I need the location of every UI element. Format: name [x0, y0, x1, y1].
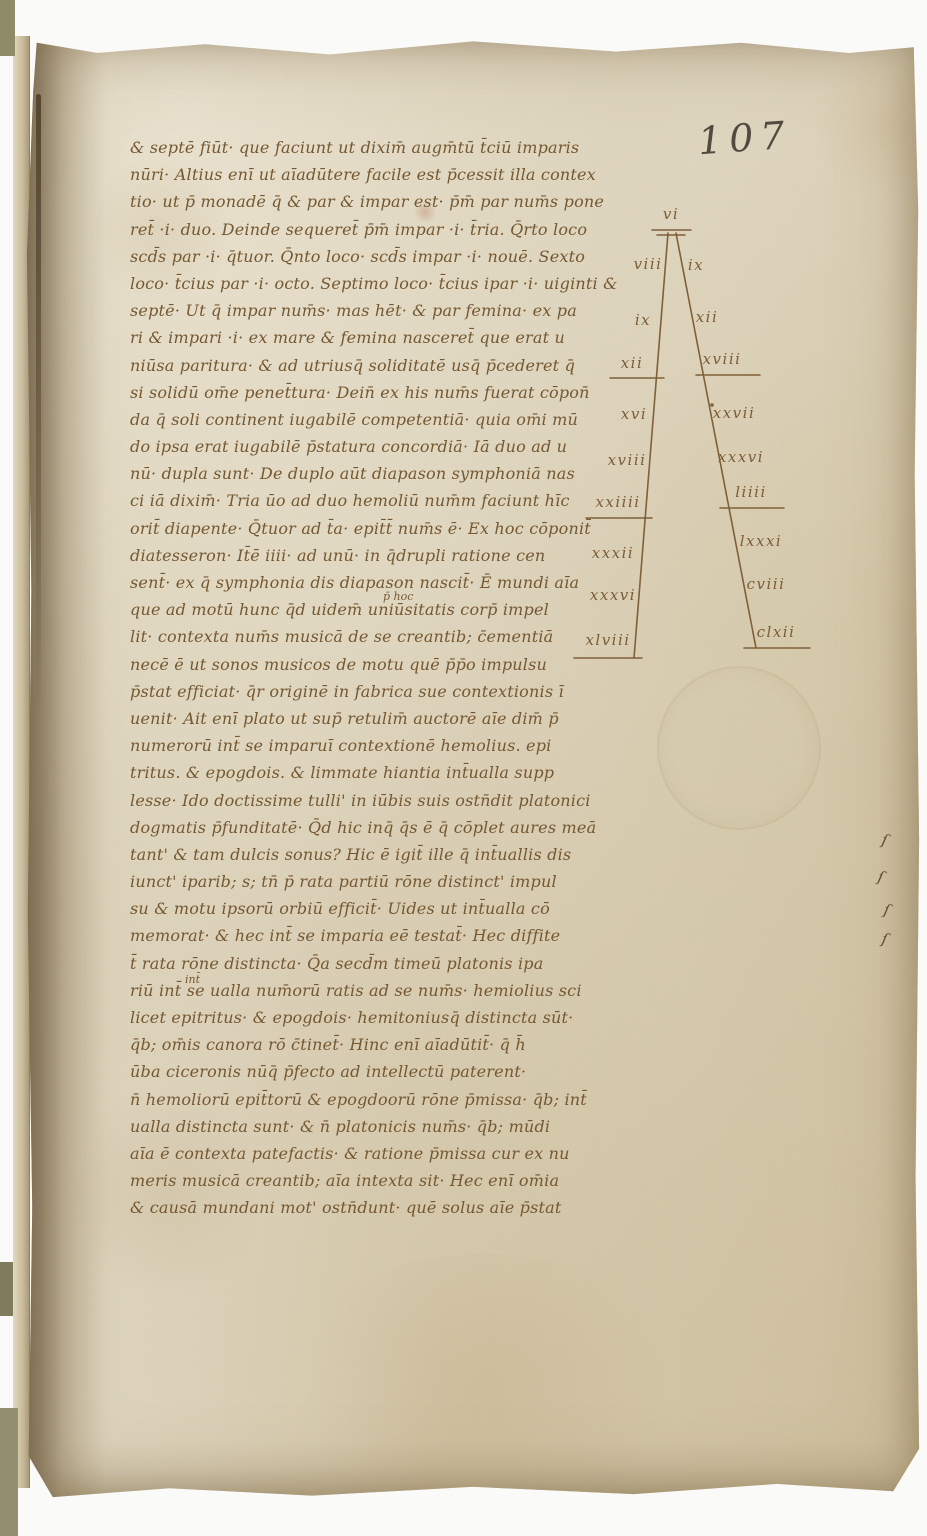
diagram-right-numeral: xviii	[703, 350, 742, 368]
text-line-26: dogmatis p̄funditatē· Q̄d hic inq̄ q̄s ē…	[130, 814, 592, 841]
quire-mark: ſ	[880, 930, 889, 949]
text-line-18: que ad motū hunc q̄d uidem̄ uniūsitatis …	[130, 596, 592, 623]
spine-crease	[36, 94, 41, 714]
text-line-16: diatesseron· It̄ē iiii· ad unū· in q̄dru…	[130, 542, 592, 569]
text-line-15: orit̄ diapente· Q̄tuor ad t̄a· epit̄t̄ n…	[130, 515, 592, 542]
quire-mark: ſ	[882, 901, 891, 920]
manuscript-page: 107 & septē fiūt· que faciunt ut dixim̄ …	[26, 34, 920, 1500]
text-line-4: ret̄ ·i· duo. Deinde sequeret̄ p̄m̄ impa…	[130, 216, 592, 243]
diagram-right-numeral: cviii	[747, 575, 786, 593]
text-line-24: tritus. & epogdois. & limmate hiantia in…	[130, 759, 592, 786]
text-line-28: iunct' iparib; s; tn̄ p̄ rata partiū rōn…	[130, 868, 592, 895]
text-line-33: licet epitritus· & epogdois· hemitoniusq…	[130, 1004, 592, 1031]
text-line-9: niūsa paritura· & ad utriusq̄ soliditatē…	[130, 352, 592, 379]
diagram-apex-numeral: vi	[663, 205, 679, 223]
manuscript-photograph: 107 & septē fiūt· que faciunt ut dixim̄ …	[0, 0, 927, 1536]
text-line-20: necē ē ut sonos musicos de motu quē p̄p̄…	[130, 651, 592, 678]
text-line-17: sent̄· ex q̄ symphonia dis diapason nasc…	[130, 569, 592, 596]
diagram-left-numeral: xxxvi	[590, 586, 636, 604]
text-line-2: nūri· Altius enī ut aīadūtere facile est…	[130, 161, 592, 188]
text-line-7: septē· Ut q̄ impar num̄s· mas hēt· & par…	[130, 297, 592, 324]
text-line-6: loco· t̄cius par ·i· octo. Septimo loco·…	[130, 270, 592, 297]
text-line-19: lit· contexta num̄s musicā de se creanti…	[130, 623, 592, 650]
text-line-37: ualla distincta sunt· & n̄ platonicis nu…	[130, 1113, 592, 1140]
text-line-39: meris musicā creantib; aīa intexta sit· …	[130, 1167, 592, 1194]
text-line-23: numerorū int̄ se imparuī contextionē hem…	[130, 732, 592, 759]
diagram-right-numeral: xxxvi	[718, 448, 764, 466]
text-line-8: ri & impari ·i· ex mare & femina nascere…	[130, 324, 592, 351]
binding-sliver-middle	[0, 1262, 13, 1316]
text-line-10: si solidū om̄e penet̄tura· Dein̄ ex his …	[130, 379, 592, 406]
diagram-left-numeral: xii	[621, 354, 644, 372]
lambda-diagram: vi viii ix xii xvi xviii xxiiii xxxii xx…	[560, 200, 830, 680]
diagram-left-numeral: xlviii	[585, 631, 630, 649]
text-line-38: aīa ē contexta patefactis· & ratione p̄m…	[130, 1140, 592, 1167]
text-line-40: & causā mundani mot' ostn̄dunt· quē solu…	[130, 1194, 592, 1221]
text-line-5: scd̄s par ·i· q̄tuor. Q̄nto loco· scd̄s …	[130, 243, 592, 270]
folio-number: 107	[697, 113, 793, 163]
text-line-11: da q̄ soli continent iugabilē competenti…	[130, 406, 592, 433]
text-line-12: do ipsa erat iugabilē p̄statura concordi…	[130, 433, 592, 460]
diagram-right-numeral: lxxxi	[740, 532, 782, 550]
diagram-left-numeral: xxiiii	[595, 493, 640, 511]
diagram-left-numeral: viii	[634, 255, 663, 273]
gutter-shadow	[26, 34, 106, 1500]
text-line-1: & septē fiūt· que faciunt ut dixim̄ augm…	[130, 134, 592, 161]
parchment-stain	[266, 1254, 706, 1524]
text-line-36: n̄ hemoliorū epit̄torū & epogdoorū rōne …	[130, 1086, 592, 1113]
text-line-29: su & motu ipsorū orbiū efficit̄· Uides u…	[130, 895, 592, 922]
text-line-25: lesse· Ido doctissime tulli' in iūbis su…	[130, 787, 592, 814]
parchment-stain	[810, 50, 927, 200]
interlinear-gloss: p̄ hoc	[383, 590, 413, 603]
text-line-14: ci iā dixim̄· Tria ūo ad duo hemoliū num…	[130, 487, 592, 514]
text-line-13: nū· dupla sunt· De duplo aūt diapason sy…	[130, 460, 592, 487]
text-line-30: memorat· & hec int̄ se imparia eē testat…	[130, 922, 592, 949]
diagram-right-numeral: liiii	[735, 483, 767, 501]
diagram-left-numeral: ix	[635, 311, 651, 329]
text-line-35: ūba ciceronis nūq̄ p̄fecto ad intellectū…	[130, 1058, 592, 1085]
diagram-left-numeral: xvi	[621, 405, 647, 423]
diagram-right-numeral: xxvii	[713, 404, 756, 422]
binding-sliver-top	[0, 0, 15, 56]
text-line-3: tio· ut p̄ monadē q̄ & par & impar est· …	[130, 188, 592, 215]
diagram-right-numeral: ix	[688, 256, 704, 274]
diagram-left-numeral: xviii	[608, 451, 647, 469]
binding-sliver-bottom	[0, 1408, 18, 1536]
diagram-left-numeral: xxxii	[592, 544, 634, 562]
text-block: & septē fiūt· que faciunt ut dixim̄ augm…	[130, 134, 592, 1222]
quire-mark: ſ	[880, 831, 889, 850]
text-line-22: uenit· Ait enī plato ut sup̄ retulim̄ au…	[130, 705, 592, 732]
text-line-21: p̄stat efficiat· q̄r originē in fabrica …	[130, 678, 592, 705]
text-line-34: q̄b; om̄is canora rō c̄tinet̄· Hinc enī …	[130, 1031, 592, 1058]
diagram-right-numeral: clxii	[757, 623, 796, 641]
text-line-27: tant' & tam dulcis sonus? Hic ē igit̄ il…	[130, 841, 592, 868]
circular-stain	[657, 666, 821, 830]
interlinear-gloss: int̄	[185, 973, 200, 986]
diagram-right-numeral: xii	[696, 308, 719, 326]
quire-mark: ſ	[876, 868, 885, 887]
